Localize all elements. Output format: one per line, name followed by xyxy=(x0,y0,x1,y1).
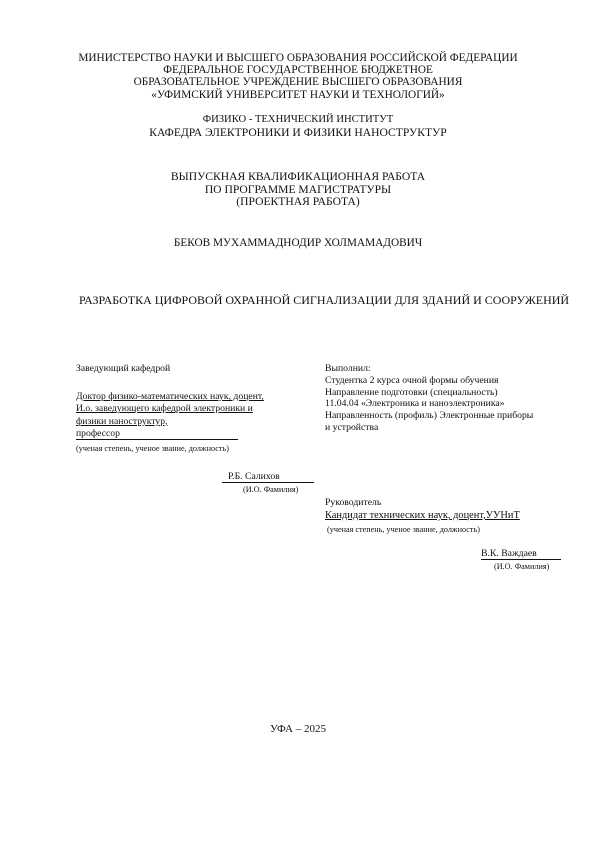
header-line: ОБРАЗОВАТЕЛЬНОЕ УЧРЕЖДЕНИЕ ВЫСШЕГО ОБРАЗ… xyxy=(0,76,596,88)
head-name: Р.Б. Салихов xyxy=(222,471,314,483)
city-year: УФА – 2025 xyxy=(0,723,596,735)
head-name-caption: (И.О. Фамилия) xyxy=(243,485,298,495)
performed-by-line: 11.04.04 «Электроника и наноэлектроника» xyxy=(325,398,533,410)
institute-name: ФИЗИКО - ТЕХНИЧЕСКИЙ ИНСТИТУТ xyxy=(0,114,596,127)
author-name: БЕКОВ МУХАММАДНОДИР ХОЛМАМАДОВИЧ xyxy=(0,237,596,249)
performed-by-block: Выполнил: Студентка 2 курса очной формы … xyxy=(325,363,533,434)
head-credentials-caption: (ученая степень, ученое звание, должност… xyxy=(76,444,229,454)
department-name: КАФЕДРА ЭЛЕКТРОНИКИ И ФИЗИКИ НАНОСТРУКТУ… xyxy=(0,127,596,140)
work-type-line: ВЫПУСКНАЯ КВАЛИФИКАЦИОННАЯ РАБОТА xyxy=(0,171,596,184)
header-line: «УФИМСКИЙ УНИВЕРСИТЕТ НАУКИ И ТЕХНОЛОГИЙ… xyxy=(0,89,596,101)
ministry-header: МИНИСТЕРСТВО НАУКИ И ВЫСШЕГО ОБРАЗОВАНИЯ… xyxy=(0,52,596,101)
work-type: ВЫПУСКНАЯ КВАЛИФИКАЦИОННАЯ РАБОТА ПО ПРО… xyxy=(0,171,596,209)
supervisor-name-caption: (И.О. Фамилия) xyxy=(494,562,549,572)
work-type-line: (ПРОЕКТНАЯ РАБОТА) xyxy=(0,196,596,209)
credential-line: Доктор физико-математических наук, доцен… xyxy=(76,391,264,403)
head-of-department-credentials: Доктор физико-математических наук, доцен… xyxy=(76,391,264,441)
supervisor-credentials: Кандидат технических наук, доцент,УУНиТ xyxy=(325,510,520,522)
performed-by-line: Направление подготовки (специальность) xyxy=(325,387,533,399)
supervisor-name: В.К. Важдаев xyxy=(481,548,561,560)
supervisor-signature: В.К. Важдаев xyxy=(481,548,561,560)
supervisor-caption: (ученая степень, ученое звание, должност… xyxy=(327,525,480,535)
credential-line: физики наноструктур, xyxy=(76,416,264,428)
performed-by-line: и устройства xyxy=(325,422,533,434)
performed-by-line: Студентка 2 курса очной формы обучения xyxy=(325,375,533,387)
institute-block: ФИЗИКО - ТЕХНИЧЕСКИЙ ИНСТИТУТ КАФЕДРА ЭЛ… xyxy=(0,114,596,139)
head-signature: Р.Б. Салихов xyxy=(222,471,314,483)
supervisor-label: Руководитель xyxy=(325,497,381,509)
credential-line: профессор xyxy=(76,428,238,440)
header-line: ФЕДЕРАЛЬНОЕ ГОСУДАРСТВЕННОЕ БЮДЖЕТНОЕ xyxy=(0,64,596,76)
credential-line: И.о. заведующего кафедрой электроники и xyxy=(76,403,264,415)
performed-by-line: Направленность (профиль) Электронные при… xyxy=(325,410,533,422)
performed-by-label: Выполнил: xyxy=(325,363,533,375)
header-line: МИНИСТЕРСТВО НАУКИ И ВЫСШЕГО ОБРАЗОВАНИЯ… xyxy=(0,52,596,64)
head-of-department-label: Заведующий кафедрой xyxy=(76,363,170,375)
thesis-title: РАЗРАБОТКА ЦИФРОВОЙ ОХРАННОЙ СИГНАЛИЗАЦИ… xyxy=(26,293,596,307)
